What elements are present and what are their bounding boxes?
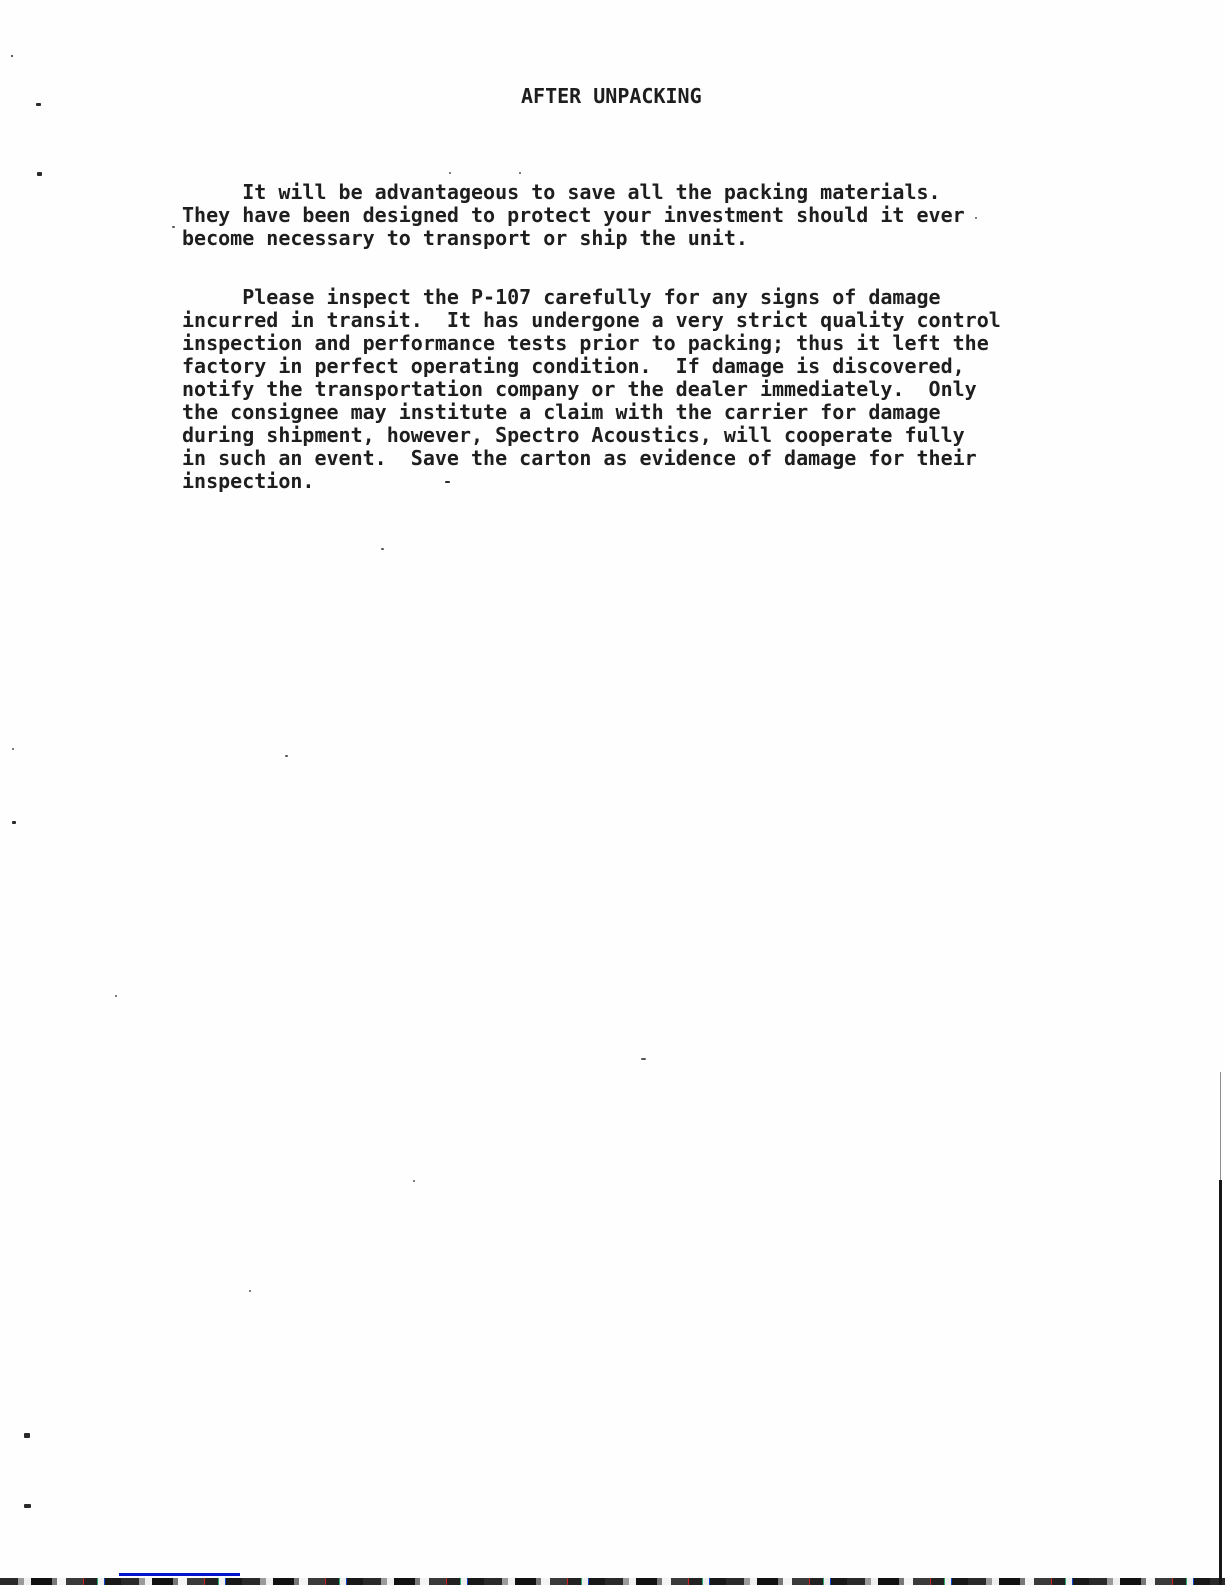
scan-edge-noise-strip [0,1578,1225,1585]
scan-speckle [519,172,521,174]
scan-speckle [413,1180,415,1182]
scan-speckle [24,1433,30,1438]
paragraph-packing-materials: It will be advantageous to save all the … [182,181,1042,250]
scan-speckle [249,1290,251,1292]
scan-speckle [445,481,450,483]
right-edge-scan-line [1219,1180,1222,1585]
page-title: AFTER UNPACKING [521,85,702,108]
scan-speckle [12,821,16,824]
paragraph-inspect-damage: Please inspect the P-107 carefully for a… [182,286,1042,493]
scan-speckle [115,995,117,997]
scan-speckle [285,755,288,757]
scan-speckle [24,1504,31,1508]
scan-speckle [36,103,41,106]
scan-speckle [381,548,384,550]
bottom-blue-underline [119,1573,240,1576]
scanned-document-page: AFTER UNPACKING It will be advantageous … [0,0,1225,1585]
scan-speckle [975,217,977,219]
scan-speckle [449,172,451,174]
scan-speckle [12,748,14,750]
scan-speckle [11,55,13,57]
scan-speckle [37,172,42,176]
scan-speckle [641,1058,646,1060]
scan-speckle [172,226,175,228]
right-edge-scan-line-faint [1220,1072,1221,1182]
body-text: It will be advantageous to save all the … [182,181,1042,529]
